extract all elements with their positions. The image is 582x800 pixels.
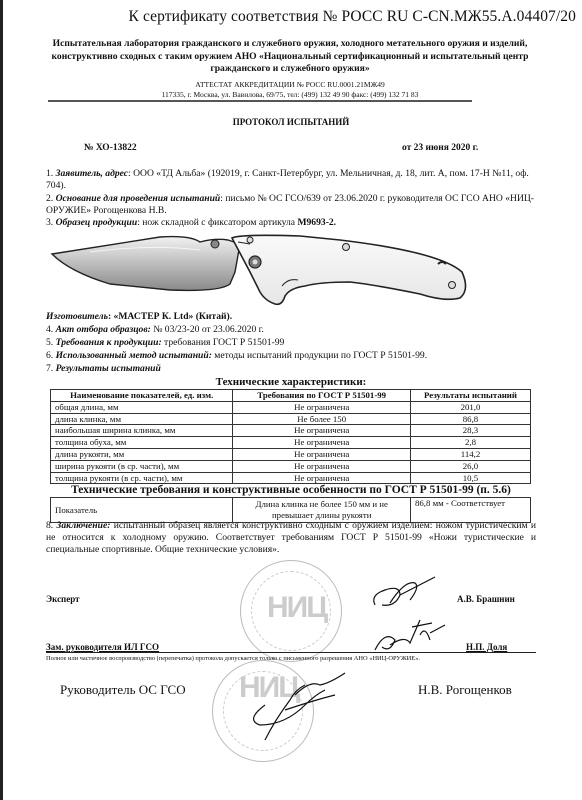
item-results: 7. Результаты испытаний bbox=[46, 363, 536, 375]
deputy-signature bbox=[370, 615, 450, 655]
laboratory-name: Испытательная лаборатория гражданского и… bbox=[40, 38, 540, 76]
table-cell: Не ограничена bbox=[233, 448, 411, 460]
column-header: Результаты испытаний bbox=[410, 390, 530, 402]
table-cell: Не ограничена bbox=[233, 437, 411, 449]
item-label: Акт отбора образцов: bbox=[56, 324, 151, 335]
item-basis: 2. Основание для проведения испытаний: п… bbox=[46, 193, 536, 217]
certificate-reference: К сертификату соответствия № РОСС RU C-C… bbox=[0, 8, 576, 26]
deputy-role: Зам. руководителя ИЛ ГСО bbox=[46, 642, 159, 652]
item-text: № 03/23-20 от 23.06.2020 г. bbox=[151, 324, 264, 335]
table-cell: Не ограничена bbox=[233, 425, 411, 437]
expert-role: Эксперт bbox=[46, 594, 80, 604]
item-number: 1. bbox=[46, 168, 56, 179]
head-name: Н.В. Рогощенков bbox=[418, 682, 512, 698]
table-cell: толщина обуха, мм bbox=[51, 437, 233, 449]
item-applicant: 1. Заявитель, адрес: ООО «ТД Альба» (192… bbox=[46, 168, 536, 192]
table-cell: Не более 150 bbox=[233, 413, 411, 425]
expert-signature bbox=[370, 575, 440, 615]
official-stamp: НИЦ bbox=[240, 560, 342, 662]
expert-name: А.В. Брашнин bbox=[457, 594, 515, 604]
table-row: наибольшая ширина клинка, ммНе ограничен… bbox=[51, 425, 531, 437]
table-cell: толщина рукояти (в ср. части), мм bbox=[51, 472, 233, 484]
item-requirements: 5. Требования к продукции: требования ГО… bbox=[46, 337, 536, 349]
table-cell: Не ограничена bbox=[233, 472, 411, 484]
head-signature bbox=[235, 665, 355, 745]
column-header: Требования по ГОСТ Р 51501-99 bbox=[233, 390, 411, 402]
reproduction-note: Полное или частичное воспроизводство (пе… bbox=[46, 655, 566, 662]
item-number: 4. bbox=[46, 324, 56, 335]
table-cell: 2,8 bbox=[410, 437, 530, 449]
item-label: Результаты испытаний bbox=[56, 363, 161, 374]
item-number: 2. bbox=[46, 193, 56, 204]
item-sample: 3. Образец продукции: нож складной с фик… bbox=[46, 217, 536, 229]
item-text: : нож складной с фиксатором артикула bbox=[137, 217, 297, 228]
conclusion: 8. Заключение: испытанный образец являет… bbox=[46, 520, 536, 557]
table-cell: 201,0 bbox=[410, 401, 530, 413]
item-sampling-act: 4. Акт отбора образцов: № 03/23-20 от 23… bbox=[46, 324, 536, 336]
item-label: Требования к продукции: bbox=[56, 337, 162, 348]
tech-table-caption: Технические характеристики: bbox=[0, 376, 582, 388]
article-number: М9693-2. bbox=[297, 217, 336, 228]
table-cell: Не ограничена bbox=[233, 401, 411, 413]
deputy-name: Н.П. Доля bbox=[466, 642, 507, 652]
item-number: 3. bbox=[46, 217, 56, 228]
table-cell: 86,8 мм - Соответствует bbox=[410, 498, 530, 523]
table-cell: ширина рукояти (в ср. части), мм bbox=[51, 460, 233, 472]
table-header-row: Наименование показателей, ед. изм. Требо… bbox=[51, 390, 531, 402]
item-number: 5. bbox=[46, 337, 56, 348]
tech-characteristics-table: Наименование показателей, ед. изм. Требо… bbox=[50, 389, 531, 484]
item-label: Основание для проведения испытаний bbox=[56, 193, 221, 204]
protocol-number: № ХО-13822 bbox=[84, 143, 137, 153]
item-number: 7. bbox=[46, 363, 56, 374]
table-row: общая длина, ммНе ограничена201,0 bbox=[51, 401, 531, 413]
table-cell: Длина клинка не более 150 мм и не превыш… bbox=[233, 498, 411, 523]
item-label: Заключение: bbox=[56, 520, 110, 531]
table-row: Показатель Длина клинка не более 150 мм … bbox=[51, 498, 531, 523]
item-manufacturer: Изготовитель: «МАСТЕР К. Ltd» (Китай). bbox=[46, 311, 536, 323]
req-table-caption: Технические требования и конструктивные … bbox=[0, 484, 582, 496]
item-number: 8. bbox=[46, 520, 56, 531]
item-label: Использованный метод испытаний: bbox=[56, 350, 212, 361]
table-row: длина клинка, ммНе более 15086,8 bbox=[51, 413, 531, 425]
item-text: испытанный образец является конструктивн… bbox=[46, 520, 536, 555]
table-row: толщина рукояти (в ср. части), ммНе огра… bbox=[51, 472, 531, 484]
table-cell: 86,8 bbox=[410, 413, 530, 425]
table-cell: 114,2 bbox=[410, 448, 530, 460]
table-row: длина рукояти, ммНе ограничена114,2 bbox=[51, 448, 531, 460]
stamp-logo: НИЦ bbox=[267, 591, 326, 625]
protocol-date: от 23 июня 2020 г. bbox=[402, 143, 478, 153]
table-cell: 10,5 bbox=[410, 472, 530, 484]
table-row: толщина обуха, ммНе ограничена2,8 bbox=[51, 437, 531, 449]
head-role: Руководитель ОС ГСО bbox=[60, 682, 186, 698]
protocol-title: ПРОТОКОЛ ИСПЫТАНИЙ bbox=[0, 117, 582, 127]
item-number: 6. bbox=[46, 350, 56, 361]
signature-divider bbox=[46, 652, 536, 653]
table-cell: общая длина, мм bbox=[51, 401, 233, 413]
table-cell: длина клинка, мм bbox=[51, 413, 233, 425]
item-text: требования ГОСТ Р 51501-99 bbox=[162, 337, 285, 348]
table-cell: Не ограничена bbox=[233, 460, 411, 472]
table-cell: 28,3 bbox=[410, 425, 530, 437]
knife-image bbox=[50, 232, 530, 312]
item-text: : «МАСТЕР К. Ltd» (Китай). bbox=[108, 311, 232, 322]
table-row: ширина рукояти (в ср. части), ммНе огран… bbox=[51, 460, 531, 472]
accreditation-block: АТТЕСТАТ АККРЕДИТАЦИИ № РОСС RU.0001.21М… bbox=[40, 80, 540, 100]
laboratory-address: 117335, г. Москва, ул. Вавилова, 69/75, … bbox=[40, 90, 540, 100]
item-method: 6. Использованный метод испытаний: метод… bbox=[46, 350, 536, 362]
accreditation-number: АТТЕСТАТ АККРЕДИТАЦИИ № РОСС RU.0001.21М… bbox=[40, 80, 540, 90]
table-cell: Показатель bbox=[51, 498, 233, 523]
table-cell: 26,0 bbox=[410, 460, 530, 472]
header-divider bbox=[48, 100, 472, 102]
item-label: Образец продукции bbox=[56, 217, 138, 228]
item-text: методы испытаний продукции по ГОСТ Р 515… bbox=[212, 350, 427, 361]
item-label: Заявитель, адрес bbox=[56, 168, 128, 179]
column-header: Наименование показателей, ед. изм. bbox=[51, 390, 233, 402]
table-cell: длина рукояти, мм bbox=[51, 448, 233, 460]
item-label: Изготовитель bbox=[46, 311, 108, 322]
table-cell: наибольшая ширина клинка, мм bbox=[51, 425, 233, 437]
